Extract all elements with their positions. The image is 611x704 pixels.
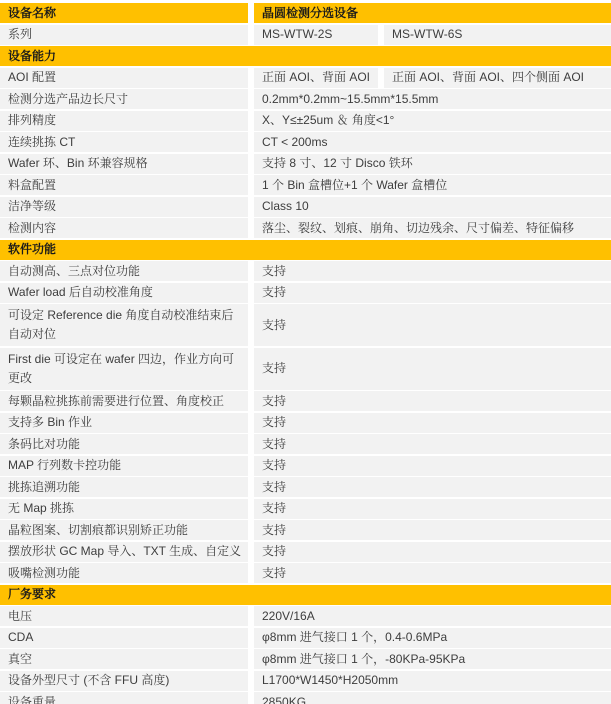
table-row: 料盒配置1 个 Bin 盒槽位+1 个 Wafer 盒槽位 xyxy=(0,175,611,195)
table-row: Wafer load 后自动校准角度支持 xyxy=(0,283,611,303)
spec-table: 设备名称晶圆检测分选设备系列MS-WTW-2SMS-WTW-6S设备能力AOI … xyxy=(0,0,611,704)
table-row: 可设定 Reference die 角度自动校准结束后自动对位支持 xyxy=(0,304,611,346)
table-row: 支持多 Bin 作业支持 xyxy=(0,413,611,433)
table-row: 摆放形状 GC Map 导入、TXT 生成、自定义支持 xyxy=(0,542,611,562)
table-row: 条码比对功能支持 xyxy=(0,434,611,454)
row-value: 0.2mm*0.2mm~15.5mm*15.5mm xyxy=(254,89,611,109)
row-value: 支持 xyxy=(254,434,611,454)
row-label: 自动测高、三点对位功能 xyxy=(0,261,248,281)
row-label: 真空 xyxy=(0,649,248,669)
row-label: 每颗晶粒挑拣前需要进行位置、角度校正 xyxy=(0,391,248,411)
section-title: 软件功能 xyxy=(0,240,611,260)
row-value: 2850KG xyxy=(254,692,611,704)
row-label: 连续挑拣 CT xyxy=(0,132,248,152)
table-row: 晶粒图案、切割痕都识别矫正功能支持 xyxy=(0,520,611,540)
row-label: 无 Map 挑拣 xyxy=(0,499,248,519)
row-label: Wafer 环、Bin 环兼容规格 xyxy=(0,154,248,174)
row-value: 支持 8 寸、12 寸 Disco 铁环 xyxy=(254,154,611,174)
section-header-row: 厂务要求 xyxy=(0,585,611,605)
row-label: First die 可设定在 wafer 四边，作业方向可更改 xyxy=(0,348,248,390)
row-label: 条码比对功能 xyxy=(0,434,248,454)
table-row: 每颗晶粒挑拣前需要进行位置、角度校正支持 xyxy=(0,391,611,411)
row-value: 支持 xyxy=(254,348,611,390)
table-row: 电压220V/16A xyxy=(0,606,611,626)
row-label: 吸嘴检测功能 xyxy=(0,563,248,583)
row-label: CDA xyxy=(0,628,248,648)
column-header-label: 设备名称 xyxy=(0,3,248,23)
row-value: 支持 xyxy=(254,499,611,519)
row-label: 料盒配置 xyxy=(0,175,248,195)
row-label: 检测内容 xyxy=(0,218,248,238)
row-value: Class 10 xyxy=(254,197,611,217)
row-value: L1700*W1450*H2050mm xyxy=(254,671,611,691)
row-label: 摆放形状 GC Map 导入、TXT 生成、自定义 xyxy=(0,542,248,562)
table-row: 挑拣追溯功能支持 xyxy=(0,477,611,497)
row-value-model-2s: MS-WTW-2S xyxy=(254,25,378,45)
row-label: 晶粒图案、切割痕都识别矫正功能 xyxy=(0,520,248,540)
row-value: 220V/16A xyxy=(254,606,611,626)
row-value-model-2s: 正面 AOI、背面 AOI xyxy=(254,68,378,88)
table-row: 检测分选产品边长尺寸0.2mm*0.2mm~15.5mm*15.5mm xyxy=(0,89,611,109)
section-title: 厂务要求 xyxy=(0,585,611,605)
row-value: X、Y≤±25um ＆ 角度<1° xyxy=(254,111,611,131)
table-row: 排列精度X、Y≤±25um ＆ 角度<1° xyxy=(0,111,611,131)
row-value: 支持 xyxy=(254,520,611,540)
row-value: 支持 xyxy=(254,413,611,433)
table-row: 无 Map 挑拣支持 xyxy=(0,499,611,519)
section-title: 设备能力 xyxy=(0,46,611,66)
table-row: 检测内容落尘、裂纹、划痕、崩角、切边残余、尺寸偏差、特征偏移 xyxy=(0,218,611,238)
row-label: 系列 xyxy=(0,25,248,45)
table-row: CDAφ8mm 进气接口 1 个，0.4-0.6MPa xyxy=(0,628,611,648)
row-label: Wafer load 后自动校准角度 xyxy=(0,283,248,303)
row-value: 支持 xyxy=(254,304,611,346)
table-row: 系列MS-WTW-2SMS-WTW-6S xyxy=(0,25,611,45)
row-label: 挑拣追溯功能 xyxy=(0,477,248,497)
table-row: 设备名称晶圆检测分选设备 xyxy=(0,3,611,23)
table-row: AOI 配置正面 AOI、背面 AOI正面 AOI、背面 AOI、四个侧面 AO… xyxy=(0,68,611,88)
table-row: 真空φ8mm 进气接口 1 个，-80KPa-95KPa xyxy=(0,649,611,669)
row-value: 支持 xyxy=(254,456,611,476)
row-value: 支持 xyxy=(254,261,611,281)
table-row: 洁净等级Class 10 xyxy=(0,197,611,217)
row-label: MAP 行列数卡控功能 xyxy=(0,456,248,476)
row-label: 设备重量 xyxy=(0,692,248,704)
row-label: 支持多 Bin 作业 xyxy=(0,413,248,433)
row-label: 检测分选产品边长尺寸 xyxy=(0,89,248,109)
row-label: AOI 配置 xyxy=(0,68,248,88)
row-value: CT < 200ms xyxy=(254,132,611,152)
row-value: 1 个 Bin 盒槽位+1 个 Wafer 盒槽位 xyxy=(254,175,611,195)
column-header-value: 晶圆检测分选设备 xyxy=(254,3,611,23)
table-row: First die 可设定在 wafer 四边，作业方向可更改支持 xyxy=(0,348,611,390)
table-row: 连续挑拣 CTCT < 200ms xyxy=(0,132,611,152)
row-label: 电压 xyxy=(0,606,248,626)
row-value: 支持 xyxy=(254,391,611,411)
row-value: 支持 xyxy=(254,542,611,562)
row-value-model-6s: 正面 AOI、背面 AOI、四个侧面 AOI xyxy=(384,68,611,88)
table-row: 自动测高、三点对位功能支持 xyxy=(0,261,611,281)
spec-sheet-page: 设备名称晶圆检测分选设备系列MS-WTW-2SMS-WTW-6S设备能力AOI … xyxy=(0,0,611,704)
row-value: 支持 xyxy=(254,283,611,303)
row-value: 支持 xyxy=(254,563,611,583)
section-header-row: 设备能力 xyxy=(0,46,611,66)
table-row: Wafer 环、Bin 环兼容规格支持 8 寸、12 寸 Disco 铁环 xyxy=(0,154,611,174)
row-value: 支持 xyxy=(254,477,611,497)
section-header-row: 软件功能 xyxy=(0,240,611,260)
row-label: 洁净等级 xyxy=(0,197,248,217)
row-label: 可设定 Reference die 角度自动校准结束后自动对位 xyxy=(0,304,248,346)
table-row: 设备重量2850KG xyxy=(0,692,611,704)
table-row: 吸嘴检测功能支持 xyxy=(0,563,611,583)
row-label: 设备外型尺寸 (不含 FFU 高度) xyxy=(0,671,248,691)
row-label: 排列精度 xyxy=(0,111,248,131)
table-row: 设备外型尺寸 (不含 FFU 高度)L1700*W1450*H2050mm xyxy=(0,671,611,691)
row-value: φ8mm 进气接口 1 个，0.4-0.6MPa xyxy=(254,628,611,648)
table-row: MAP 行列数卡控功能支持 xyxy=(0,456,611,476)
row-value-model-6s: MS-WTW-6S xyxy=(384,25,611,45)
row-value: φ8mm 进气接口 1 个，-80KPa-95KPa xyxy=(254,649,611,669)
row-value: 落尘、裂纹、划痕、崩角、切边残余、尺寸偏差、特征偏移 xyxy=(254,218,611,238)
